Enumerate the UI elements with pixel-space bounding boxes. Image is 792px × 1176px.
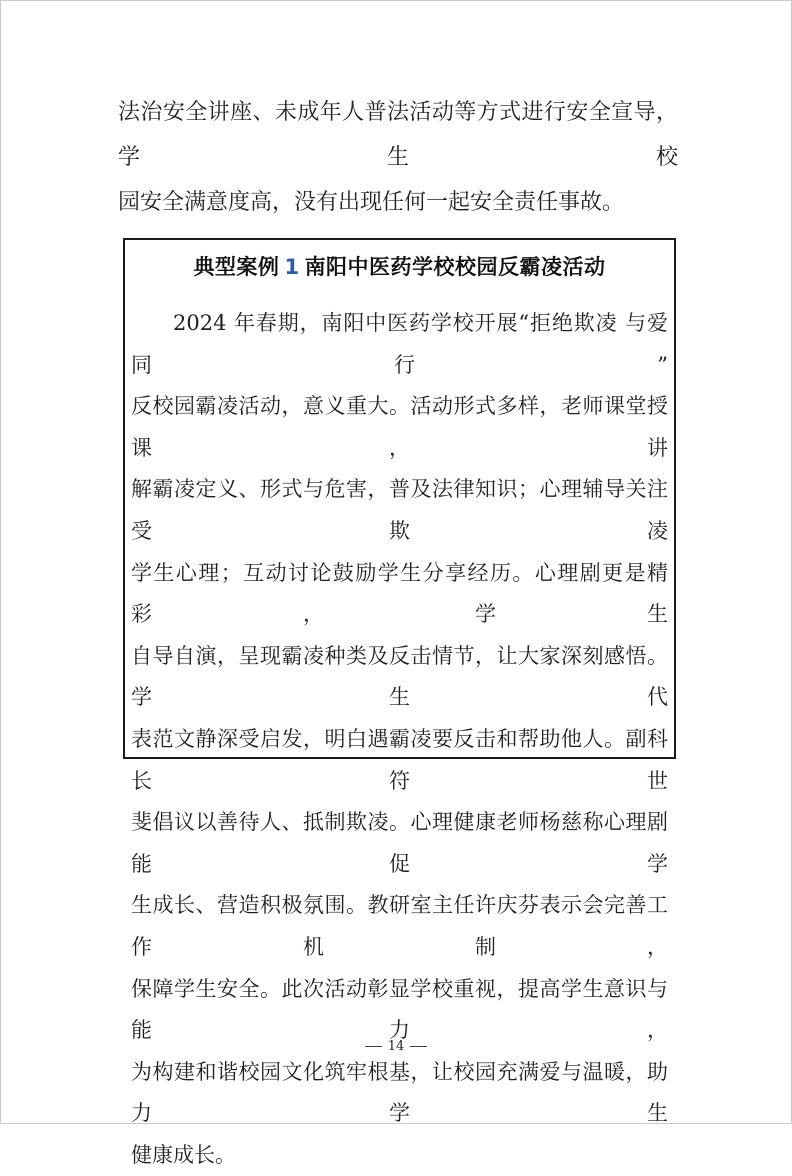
text-line: 表范文静深受启发，明白遇霸凌要反击和帮助他人。副科长符世 bbox=[131, 719, 668, 802]
text-line: 学生心理；互动讨论鼓励学生分享经历。心理剧更是精彩，学生 bbox=[131, 553, 668, 636]
page-number: —14— bbox=[1, 1039, 791, 1054]
case-study-body: 2024 年春期，南阳中医药学校开展“拒绝欺凌 与爱同行”反校园霸凌活动，意义重… bbox=[131, 303, 668, 1124]
text-line: 生成长、营造积极氛围。教研室主任许庆芬表示会完善工作机制， bbox=[131, 885, 668, 968]
case-study-box: 典型案例1南阳中医药学校校园反霸凌活动 2024 年春期，南阳中医药学校开展“拒… bbox=[123, 238, 676, 759]
text-line: 自导自演，呈现霸凌种类及反击情节，让大家深刻感悟。学生代 bbox=[131, 636, 668, 719]
case-study-number: 1 bbox=[284, 255, 299, 279]
page-number-value: 14 bbox=[388, 1039, 405, 1054]
case-study-title-prefix: 典型案例 bbox=[193, 255, 279, 279]
text-line: 斐倡议以善待人、抵制欺凌。心理健康老师杨慈称心理剧能促学 bbox=[131, 802, 668, 885]
intro-paragraph: 法治安全讲座、未成年人普法活动等方式进行安全宣导，学生校园安全满意度高，没有出现… bbox=[118, 90, 678, 225]
document-page: 法治安全讲座、未成年人普法活动等方式进行安全宣导，学生校园安全满意度高，没有出现… bbox=[0, 0, 792, 1124]
text-line: 2024 年春期，南阳中医药学校开展“拒绝欺凌 与爱同行” bbox=[131, 303, 668, 386]
text-line: 反校园霸凌活动，意义重大。活动形式多样，老师课堂授课，讲 bbox=[131, 386, 668, 469]
text-line: 为构建和谐校园文化筑牢根基，让校园充满爱与温暖，助力学生 bbox=[131, 1052, 668, 1124]
text-line: 解霸凌定义、形式与危害，普及法律知识；心理辅导关注受欺凌 bbox=[131, 469, 668, 552]
page-number-dash-left: — bbox=[364, 1039, 382, 1054]
page-number-dash-right: — bbox=[410, 1039, 428, 1054]
case-study-title-suffix: 南阳中医药学校校园反霸凌活动 bbox=[305, 255, 606, 279]
text-line: 法治安全讲座、未成年人普法活动等方式进行安全宣导，学生校 bbox=[118, 90, 678, 180]
case-study-title: 典型案例1南阳中医药学校校园反霸凌活动 bbox=[125, 253, 674, 281]
text-line: 园安全满意度高，没有出现任何一起安全责任事故。 bbox=[118, 180, 678, 225]
